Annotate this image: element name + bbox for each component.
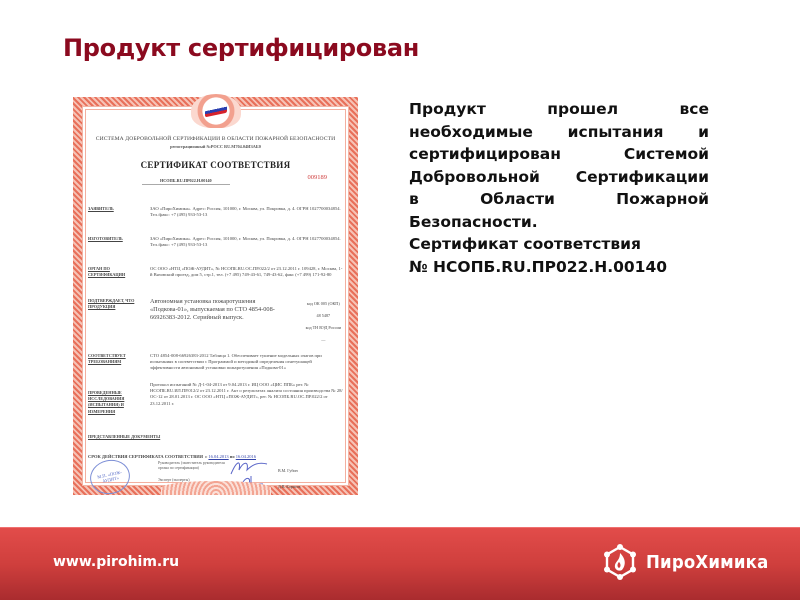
company-logo: ПироХимика: [600, 542, 779, 582]
certification-description: Продукт прошел все необходимые испытания…: [409, 98, 709, 278]
certificate-serial: 009189: [308, 174, 328, 181]
certificate-number: НСОПБ.RU.ПР022.Н.00140: [142, 178, 230, 185]
website-link[interactable]: www.pirohim.ru: [53, 554, 179, 570]
signatory-name-2: Д.В. Борисов: [278, 484, 301, 489]
brand-name: ПироХимика: [646, 552, 768, 573]
certificate-codes: код ОК 005 (ОКП) 48 5487 код ТН ВЭД Росс…: [306, 298, 341, 346]
certificate-row-tests: ПРОВЕДЕННЫЕ ИССЛЕДОВАНИЯ (ИСПЫТАНИЯ) И И…: [88, 382, 343, 418]
flame-molecule-icon: [600, 542, 640, 582]
certificate-emblem-icon: [191, 94, 241, 128]
slide-title: Продукт сертифицирован: [63, 34, 419, 62]
certificate-registration: регистрационный №РОСС RU.М704.04ИЗАБ0: [82, 144, 349, 149]
certificate-number-text: № НСОПБ.RU.ПР022.Н.00140: [409, 256, 709, 279]
certificate-validity: СРОК ДЕЙСТВИЯ СЕРТИФИКАТА СООТВЕТСТВИЯ с…: [88, 454, 343, 459]
signatory-role-1: Руководитель (заместитель руководителя о…: [158, 461, 228, 471]
footer-bar: www.pirohim.ru ПироХимика: [0, 527, 800, 600]
certificate-ornament: [161, 481, 271, 495]
certificate-row-requirements: СООТВЕТСТВУЕТ ТРЕБОВАНИЯМ СТО 4854-008-6…: [88, 353, 343, 379]
certificate-image: СИСТЕМА ДОБРОВОЛЬНОЙ СЕРТИФИКАЦИИ В ОБЛА…: [73, 97, 358, 495]
certificate-row-product: ПОДТВЕРЖДАЕТ, ЧТО ПРОДУКЦИЯ Автономная у…: [88, 298, 343, 338]
certificate-row-cert-body: ОРГАН ПО СЕРТИФИКАЦИИ ОС ООО «НТЦ «ПОЖ-А…: [88, 266, 343, 294]
certificate-heading: СЕРТИФИКАТ СООТВЕТСТВИЯ: [82, 160, 349, 170]
certificate-system: СИСТЕМА ДОБРОВОЛЬНОЙ СЕРТИФИКАЦИИ В ОБЛА…: [82, 136, 349, 142]
signatory-name-1: В.М. Губин: [278, 468, 298, 473]
certificate-row-documents: ПРЕДСТАВЛЕННЫЕ ДОКУМЕНТЫ: [88, 434, 343, 444]
certificate-row-manufacturer: ИЗГОТОВИТЕЛЬ ЗАО «ПироХимика». Адрес: Ро…: [88, 236, 343, 262]
russian-flag-icon: [205, 104, 227, 118]
certificate-row-applicant: ЗАЯВИТЕЛЬ ЗАО «ПироХимика». Адрес: Росси…: [88, 206, 343, 232]
